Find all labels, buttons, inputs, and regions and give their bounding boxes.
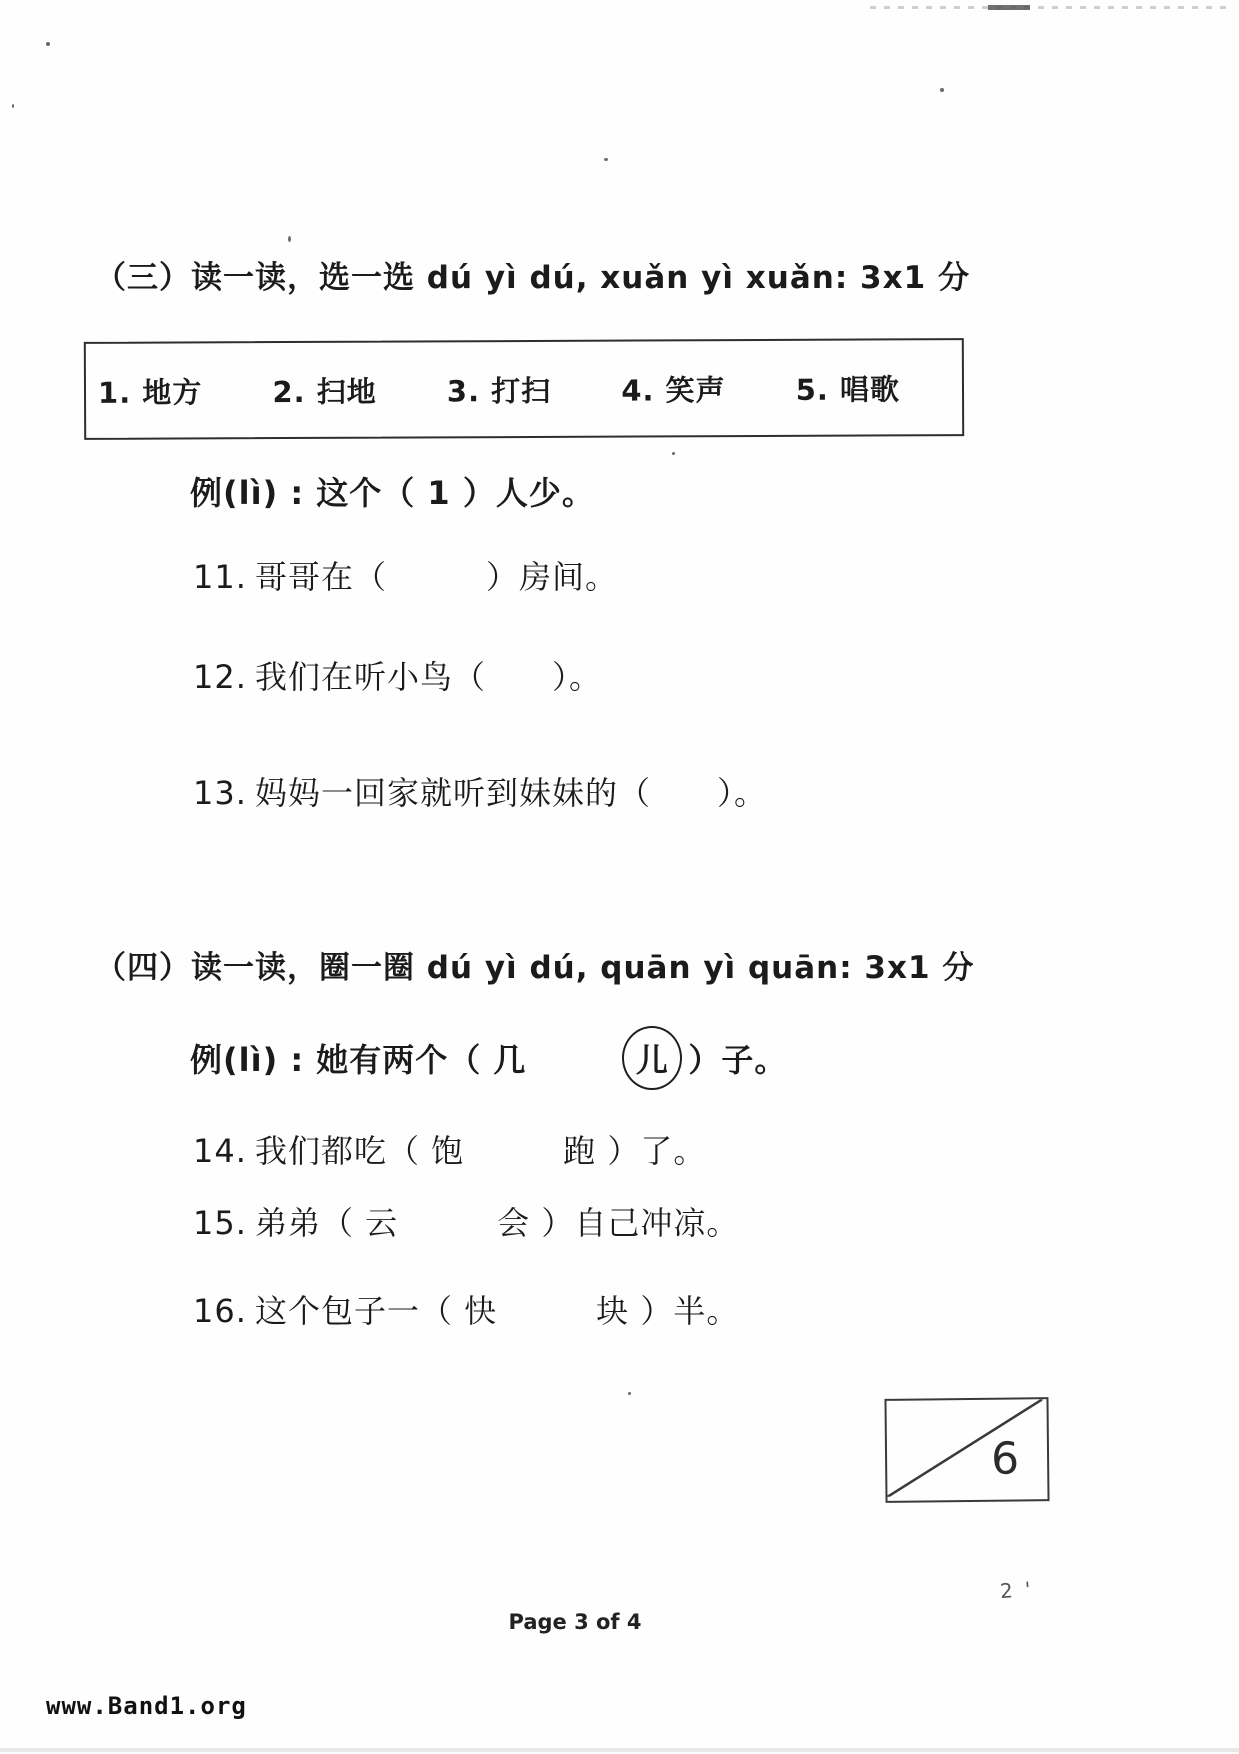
section4-example: 例(lì) : 她有两个（ 几儿）子。 [190, 1030, 787, 1094]
question-12: 12.我们在听小鸟（ ）。 [193, 652, 602, 698]
question-text: 妈妈一回家就听到妹妹的（ ）。 [255, 774, 767, 812]
scan-speck [940, 88, 944, 92]
question-text: 弟弟（ 云 会 ）自己冲凉。 [255, 1204, 739, 1242]
stray-pen-mark: 2 ' [999, 1577, 1034, 1603]
word-bank-item-2: 2. 扫地 [272, 369, 376, 410]
question-16: 16.这个包子一（ 快 块 ）半。 [193, 1286, 739, 1332]
section3-heading: （三）读一读，选一选 dú yì dú, xuǎn yì xuǎn: 3x1 分 [95, 252, 970, 297]
question-number: 11. [193, 558, 255, 596]
question-13: 13.妈妈一回家就听到妹妹的（ ）。 [193, 768, 767, 814]
scanned-worksheet-page: （三）读一读，选一选 dú yì dú, xuǎn yì xuǎn: 3x1 分… [0, 0, 1239, 1754]
page-number: Page 3 of 4 [455, 1610, 695, 1634]
site-watermark: www.Band1.org [46, 1692, 247, 1720]
question-text: 我们都吃（ 饱 跑 ）了。 [255, 1132, 706, 1170]
scan-edge-noise [0, 1748, 1239, 1752]
word-bank-item-1: 1. 地方 [98, 370, 202, 411]
score-box-diagonal [886, 1399, 1043, 1497]
circled-character: 儿 [636, 1035, 669, 1081]
scan-speck [672, 452, 675, 455]
scan-edge-noise [870, 6, 1230, 9]
example-text-after: ）子。 [688, 1041, 787, 1079]
circled-answer: 儿 [622, 1026, 682, 1090]
example-text-before: 例(lì) : 她有两个（ 几 [190, 1041, 526, 1079]
question-14: 14.我们都吃（ 饱 跑 ）了。 [193, 1126, 706, 1172]
word-bank-item-5: 5. 唱歌 [796, 367, 900, 408]
score-total: 6 [991, 1433, 1020, 1484]
word-bank-item-3: 3. 打扫 [447, 368, 551, 409]
question-text: 这个包子一（ 快 块 ）半。 [255, 1292, 739, 1330]
word-bank: 1. 地方 2. 扫地 3. 打扫 4. 笑声 5. 唱歌 [84, 338, 964, 440]
scan-speck [46, 42, 50, 46]
section4-heading: （四）读一读，圈一圈 dú yì dú, quān yì quān: 3x1 分 [95, 942, 974, 987]
question-number: 14. [193, 1132, 255, 1170]
question-15: 15.弟弟（ 云 会 ）自己冲凉。 [193, 1198, 739, 1244]
scan-speck [12, 104, 14, 108]
scan-speck [288, 236, 291, 242]
question-number: 12. [193, 658, 255, 696]
scan-speck [628, 1392, 631, 1395]
scan-edge-mark [988, 5, 1030, 10]
score-box: 6 [884, 1397, 1049, 1503]
question-number: 16. [193, 1292, 255, 1330]
question-text: 哥哥在（ ）房间。 [255, 558, 618, 596]
question-text: 我们在听小鸟（ ）。 [255, 658, 602, 696]
question-11: 11.哥哥在（ ）房间。 [193, 552, 618, 598]
scan-speck [604, 158, 608, 161]
question-number: 13. [193, 774, 255, 812]
question-number: 15. [193, 1204, 255, 1242]
word-bank-item-4: 4. 笑声 [621, 368, 725, 409]
section3-example: 例(lì) : 这个（ 1 ）人少。 [190, 468, 595, 514]
